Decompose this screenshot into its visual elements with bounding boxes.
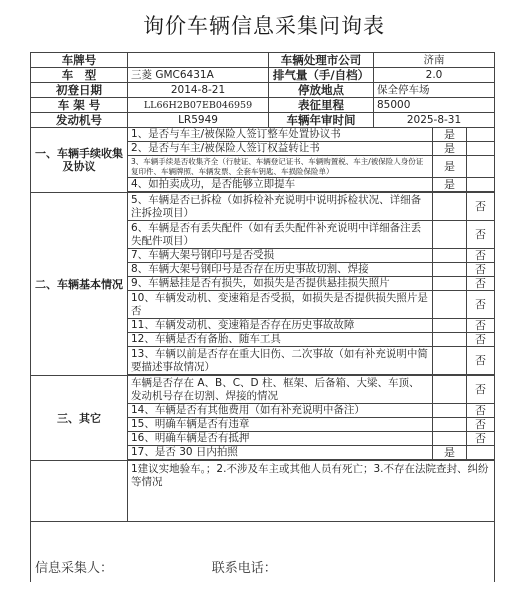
yes-cell[interactable] [433,319,467,333]
form-title: 询价车辆信息采集问询表 [0,10,528,40]
yes-cell[interactable] [433,193,467,221]
item-text: 9、车辆悬挂是否有损失，如损失是否提供悬挂损失照片 [128,277,433,291]
no-cell[interactable]: 否 [467,418,495,432]
no-cell[interactable]: 否 [467,347,495,375]
yes-cell[interactable] [433,333,467,347]
info-row: 车 架 号 LL66H2B07EB046959 表征里程 85000 [31,98,495,113]
item-text: 7、车辆大架号钢印号是否受损 [128,249,433,263]
item-text: 16、明确车辆是否有抵押 [128,432,433,446]
item-text: 14、车辆是否有其他费用（如有补充说明中备注） [128,404,433,418]
info-row: 发动机号 LR5949 车辆年审时间 2025-8-31 [31,113,495,128]
yes-cell[interactable] [433,376,467,404]
section-title-other: 三、其它 [31,376,128,461]
no-cell[interactable]: 否 [467,376,495,404]
yes-cell[interactable] [433,277,467,291]
value-mileage[interactable]: 85000 [374,98,495,113]
yes-cell[interactable]: 是 [433,156,467,178]
yes-cell[interactable] [433,221,467,249]
info-row: 车牌号 车辆处理市公司 济南 [31,53,495,68]
info-row: 初登日期 2014-8-21 停放地点 保全停车场 [31,83,495,98]
no-cell[interactable] [467,156,495,178]
label-model: 车 型 [31,68,128,83]
value-engine[interactable]: LR5949 [128,113,269,128]
yes-cell[interactable]: 是 [433,178,467,192]
check-row: 一、车辆手续收集及协议 1、是否与车主/被保险人签订整车处置协议书 是 [31,128,495,142]
label-mileage: 表征里程 [269,98,374,113]
label-engine: 发动机号 [31,113,128,128]
section-title-procedures: 一、车辆手续收集及协议 [31,128,128,193]
yes-cell[interactable] [433,291,467,319]
no-cell[interactable]: 否 [467,221,495,249]
label-parking: 停放地点 [269,83,374,98]
value-company[interactable]: 济南 [374,53,495,68]
label-vin: 车 架 号 [31,98,128,113]
yes-cell[interactable] [433,418,467,432]
yes-cell[interactable]: 是 [433,142,467,156]
inquiry-form-table: 车牌号 车辆处理市公司 济南 车 型 三菱 GMC6431A 排气量（手/自档）… [30,52,495,582]
no-cell[interactable] [467,142,495,156]
yes-cell[interactable] [433,249,467,263]
yes-cell[interactable] [433,432,467,446]
info-row: 车 型 三菱 GMC6431A 排气量（手/自档） 2.0 [31,68,495,83]
phone-label: 联系电话： [212,561,277,576]
value-plate[interactable] [128,53,269,68]
yes-cell[interactable] [433,347,467,375]
remarks-row: 1建议实地验车。；2.不涉及车主或其他人员有死亡；3.不存在法院查封、纠纷等情况 [31,461,495,522]
item-text: 10、车辆发动机、变速箱是否受损，如损失是否提供损失照片是否 [128,291,433,319]
item-text: 2、是否与车主/被保险人签订权益转让书 [128,142,433,156]
no-cell[interactable]: 否 [467,333,495,347]
check-row: 二、车辆基本情况 5、车辆是否已拆检（如拆检补充说明中说明拆检状况、详细备注拆捡… [31,193,495,221]
remarks-text[interactable]: 1建议实地验车。；2.不涉及车主或其他人员有死亡；3.不存在法院查封、纠纷等情况 [128,461,495,522]
no-cell[interactable]: 否 [467,193,495,221]
label-displacement: 排气量（手/自档） [269,68,374,83]
yes-cell[interactable] [433,404,467,418]
item-text: 15、明确车辆是否有违章 [128,418,433,432]
value-inspection[interactable]: 2025-8-31 [374,113,495,128]
no-cell[interactable]: 否 [467,277,495,291]
item-text: 8、车辆大架号钢印号是否存在历史事故切割、焊接 [128,263,433,277]
no-cell[interactable]: 否 [467,432,495,446]
remarks-label-cell [31,461,128,522]
check-row: 三、其它 车辆是否存在 A、B、C、D 柱、框架、后备箱、大梁、车顶、发动机号存… [31,376,495,404]
item-text: 11、车辆发动机、变速箱是否存在历史事故故障 [128,319,433,333]
signature-row: 信息采集人： 联系电话： [31,522,495,582]
no-cell[interactable] [467,446,495,460]
item-text: 4、如拍卖成功，是否能够立即提车 [128,178,433,192]
item-text: 12、车辆是否有备胎、随车工具 [128,333,433,347]
no-cell[interactable]: 否 [467,404,495,418]
label-plate: 车牌号 [31,53,128,68]
no-cell[interactable]: 否 [467,263,495,277]
value-vin[interactable]: LL66H2B07EB046959 [128,98,269,113]
yes-cell[interactable]: 是 [433,128,467,142]
item-text: 5、车辆是否已拆检（如拆检补充说明中说明拆检状况、详细备注拆捡项目） [128,193,433,221]
collector-label: 信息采集人： [35,561,113,576]
label-reg-date: 初登日期 [31,83,128,98]
no-cell[interactable]: 否 [467,249,495,263]
no-cell[interactable] [467,178,495,192]
item-text: 17、是否 30 日内拍照 [128,446,433,460]
yes-cell[interactable]: 是 [433,446,467,460]
label-company: 车辆处理市公司 [269,53,374,68]
item-text: 车辆是否存在 A、B、C、D 柱、框架、后备箱、大梁、车顶、发动机号存在切割、焊… [128,376,433,404]
section-title-basic-condition: 二、车辆基本情况 [31,193,128,376]
item-text: 6、车辆是否有丢失配件（如有丢失配件补充说明中详细备注丢失配件项目） [128,221,433,249]
item-text: 1、是否与车主/被保险人签订整车处置协议书 [128,128,433,142]
no-cell[interactable] [467,128,495,142]
no-cell[interactable]: 否 [467,319,495,333]
value-displacement[interactable]: 2.0 [374,68,495,83]
value-model[interactable]: 三菱 GMC6431A [128,68,269,83]
item-text: 13、车辆以前是否存在重大旧伤、二次事故（如有补充说明中简要描述事故情况） [128,347,433,375]
yes-cell[interactable] [433,263,467,277]
no-cell[interactable]: 否 [467,291,495,319]
value-reg-date[interactable]: 2014-8-21 [128,83,269,98]
label-inspection: 车辆年审时间 [269,113,374,128]
item-text: 3、车辆手续是否收集齐全（行驶证、车辆登记证书、车辆购置税、车主/被保险人身份证… [128,156,433,178]
value-parking[interactable]: 保全停车场 [374,83,495,98]
